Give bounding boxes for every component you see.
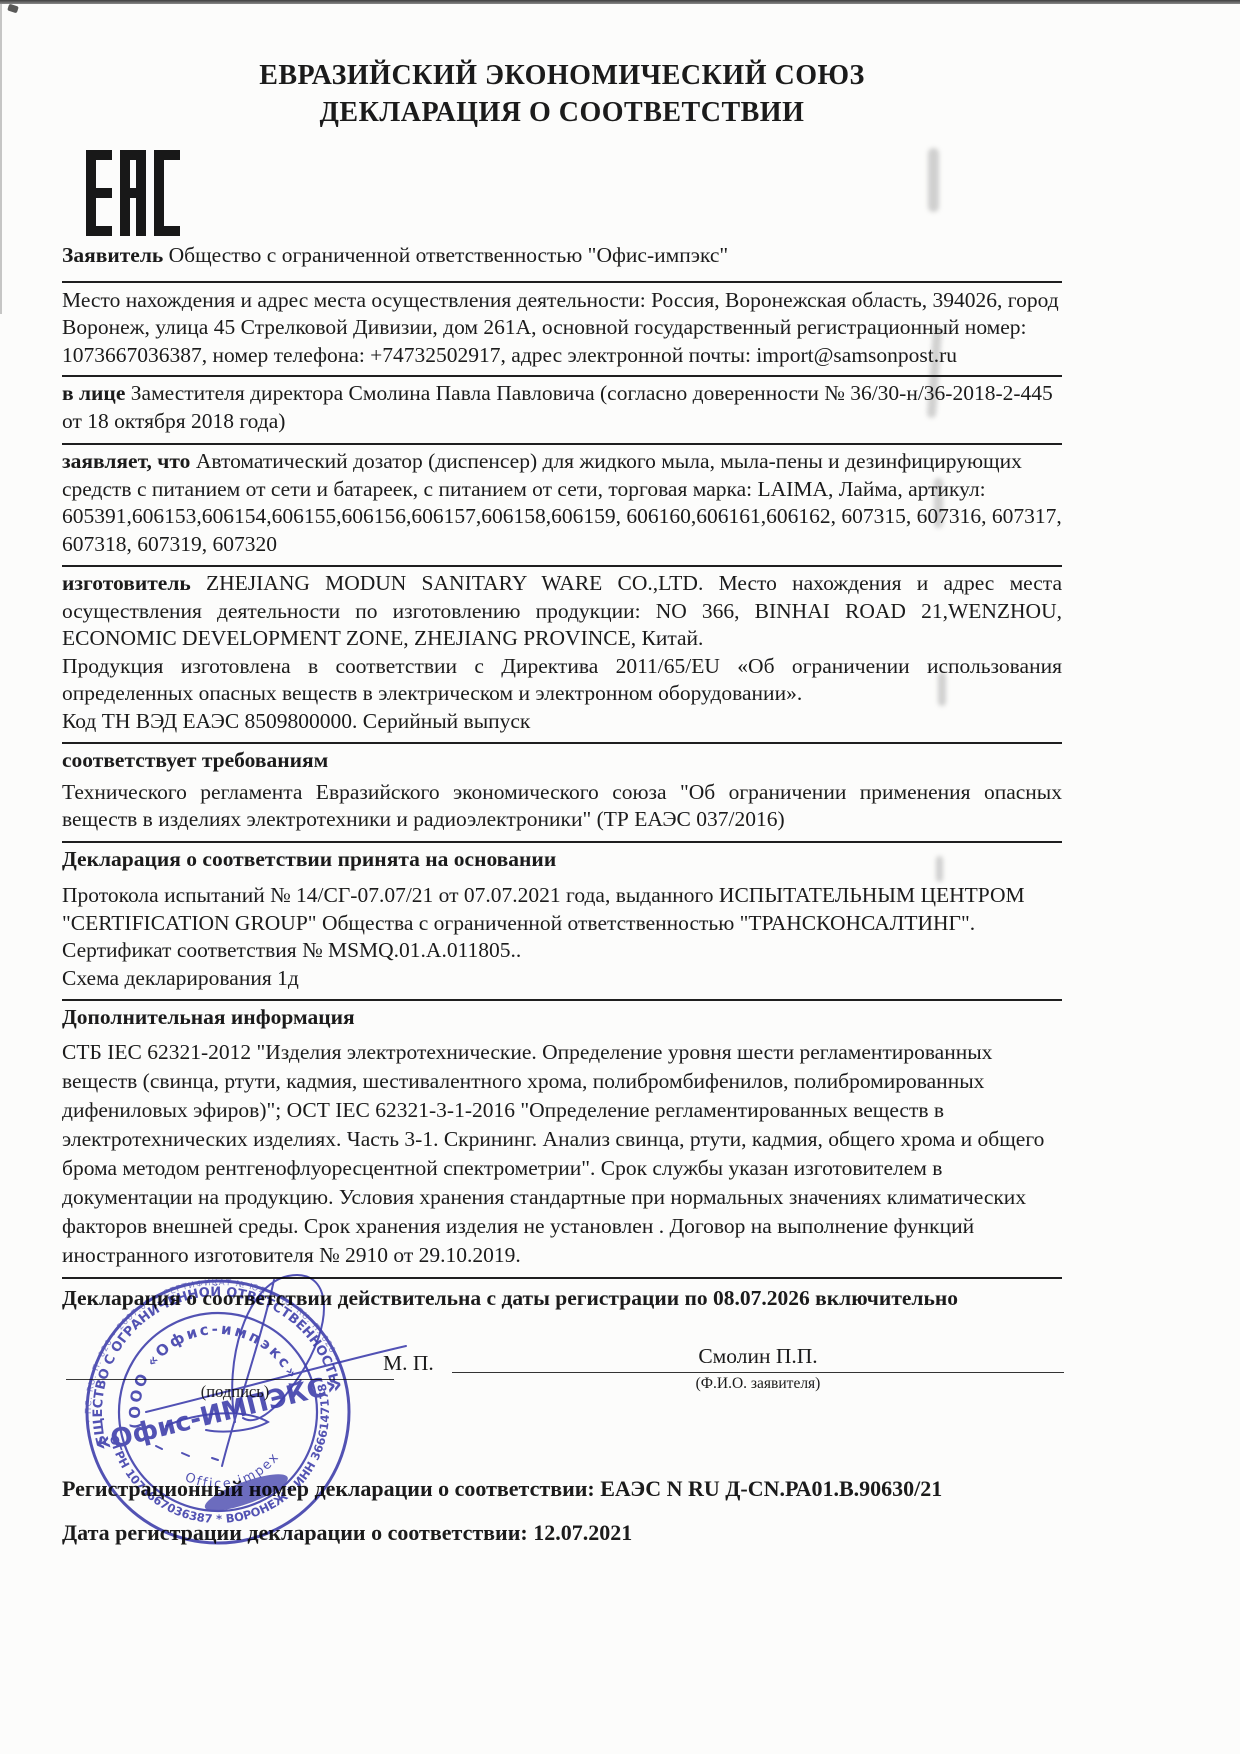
section-representative: в лице Заместителя директора Смолина Пав… (62, 377, 1062, 443)
stamp-body: • ПС. RU. П. 020 • 2007.07 • СЕРТИФИКАТ … (36, 1150, 378, 1585)
section-address: Место нахождения и адрес места осуществл… (62, 283, 1062, 376)
manufacturer-label: изготовитель (62, 571, 191, 595)
additional-info-heading: Дополнительная информация (62, 1004, 1062, 1032)
declares-label: заявляет, что (62, 449, 190, 473)
technical-regulation-text: Технического регламента Евразийского эко… (62, 779, 1062, 834)
product-description: Автоматический дозатор (диспенсер) для ж… (62, 449, 1062, 556)
applicant-value: Общество с ограниченной ответственностью… (169, 243, 729, 267)
representative-value: Заместителя директора Смолина Павла Павл… (62, 381, 1053, 433)
applicant-name-line (452, 1372, 1064, 1373)
applicant-name-block: Смолин П.П. (Ф.И.О. заявителя) (452, 1344, 1064, 1393)
section-basis: Декларация о соответствии принята на осн… (62, 843, 1062, 1000)
company-stamp: • ПС. RU. П. 020 • 2007.07 • СЕРТИФИКАТ … (36, 1150, 408, 1610)
applicant-name-caption: (Ф.И.О. заявителя) (452, 1375, 1064, 1393)
section-applicant: Заявитель Общество с ограниченной ответс… (62, 240, 1062, 281)
scan-left-edge-artifact (0, 4, 2, 314)
directive-note: Продукция изготовлена в соответствии с Д… (62, 653, 1062, 708)
basis-heading: Декларация о соответствии принята на осн… (62, 846, 1062, 874)
section-complies: соответствует требованиям Технического р… (62, 744, 1062, 841)
applicant-label: Заявитель (62, 243, 163, 267)
manufacturer-value: ZHEJIANG MODUN SANITARY WARE CO.,LTD. Ме… (62, 571, 1062, 650)
scan-smudge-artifact (928, 148, 939, 212)
scan-speck-artifact (7, 4, 19, 14)
section-manufacturer: изготовитель ZHEJIANG MODUN SANITARY WAR… (62, 567, 1062, 742)
test-protocol-text: Протокола испытаний № 14/СГ-07.07/21 от … (62, 882, 1062, 965)
representative-label: в лице (62, 381, 125, 405)
applicant-name: Смолин П.П. (452, 1344, 1064, 1369)
document-title: ЕВРАЗИЙСКИЙ ЭКОНОМИЧЕСКИЙ СОЮЗ ДЕКЛАРАЦИ… (62, 57, 1062, 131)
section-declares: заявляет, что Автоматический дозатор (ди… (62, 445, 1062, 565)
complies-heading: соответствует требованиям (62, 747, 1062, 775)
declaration-document-page: ЕВРАЗИЙСКИЙ ЭКОНОМИЧЕСКИЙ СОЮЗ ДЕКЛАРАЦИ… (0, 0, 1240, 1754)
address-value: Место нахождения и адрес места осуществл… (62, 288, 1059, 367)
scan-top-edge-artifact (0, 0, 1240, 4)
eac-mark-icon (86, 150, 180, 236)
title-line-declaration: ДЕКЛАРАЦИЯ О СООТВЕТСТВИИ (62, 94, 1062, 131)
tnved-code-line: Код ТН ВЭД ЕАЭС 8509800000. Серийный вып… (62, 708, 1062, 736)
declaration-scheme-line: Схема декларирования 1д (62, 965, 1062, 993)
title-line-union: ЕВРАЗИЙСКИЙ ЭКОНОМИЧЕСКИЙ СОЮЗ (62, 57, 1062, 94)
